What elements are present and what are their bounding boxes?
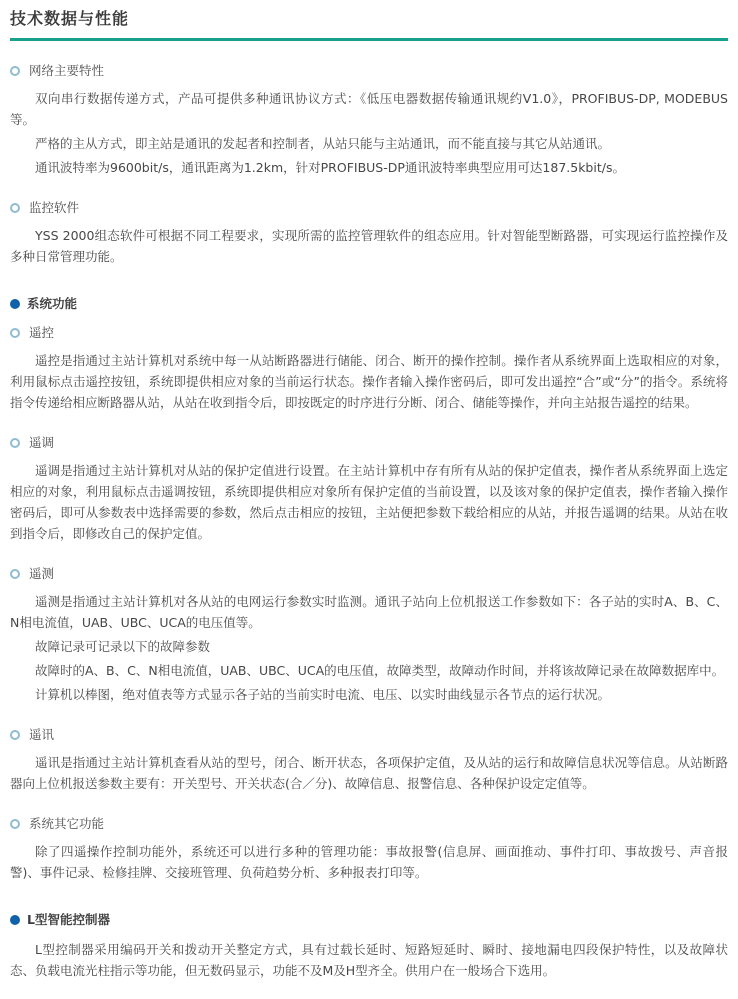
section-system-functions: 系统功能 <box>10 295 728 313</box>
section-heading: 遥控 <box>10 324 728 342</box>
section-heading-label: 网络主要特性 <box>29 62 104 80</box>
ring-circle-bullet-icon <box>10 66 20 76</box>
section-other-system-functions: 系统其它功能除了四遥操作控制功能外，系统还可以进行多种的管理功能：事故报警(信息… <box>10 815 728 883</box>
section-heading: 遥调 <box>10 434 728 452</box>
paragraph: 遥测是指通过主站计算机对各从站的电网运行参数实时监测。通讯子站向上位机报送工作参… <box>10 591 728 633</box>
paragraph: 遥控是指通过主站计算机对系统中每一从站断路器进行储能、闭合、断开的操作控制。操作… <box>10 350 728 413</box>
page-title: 技术数据与性能 <box>10 6 728 29</box>
ring-circle-bullet-icon <box>10 203 20 213</box>
section-heading: 遥讯 <box>10 726 728 744</box>
title-underline-rule <box>10 38 728 41</box>
ring-circle-bullet-icon <box>10 328 20 338</box>
ring-circle-bullet-icon <box>10 819 20 829</box>
paragraph: 遥讯是指通过主站计算机查看从站的型号，闭合、断开状态，各项保护定值，及从站的运行… <box>10 752 728 794</box>
section-heading-label: 系统功能 <box>27 295 77 313</box>
section-heading: 监控软件 <box>10 199 728 217</box>
filled-circle-bullet-icon <box>10 915 20 925</box>
paragraph: 遥调是指通过主站计算机对从站的保护定值进行设置。在主站计算机中存有所有从站的保护… <box>10 460 728 544</box>
section-network-features: 网络主要特性双向串行数据传递方式，产品可提供多种通讯协议方式：《低压电器数据传输… <box>10 62 728 178</box>
paragraph: 计算机以棒图，绝对值表等方式显示各子站的当前实时电流、电压、以实时曲线显示各节点… <box>10 684 728 705</box>
section-heading-label: 系统其它功能 <box>29 815 104 833</box>
paragraph: 通讯波特率为9600bit/s，通讯距离为1.2km，针对PROFIBUS-DP… <box>10 157 728 178</box>
section-heading-label: 遥控 <box>29 324 54 342</box>
filled-circle-bullet-icon <box>10 299 20 309</box>
section-heading-label: 监控软件 <box>29 199 79 217</box>
section-remote-adjustment: 遥调遥调是指通过主站计算机对从站的保护定值进行设置。在主站计算机中存有所有从站的… <box>10 434 728 544</box>
ring-circle-bullet-icon <box>10 730 20 740</box>
section-remote-control: 遥控遥控是指通过主站计算机对系统中每一从站断路器进行储能、闭合、断开的操作控制。… <box>10 324 728 413</box>
paragraph: 严格的主从方式，即主站是通讯的发起者和控制者，从站只能与主站通讯，而不能直接与其… <box>10 133 728 154</box>
section-l-type-controller: L型智能控制器L型控制器采用编码开关和拨动开关整定方式，具有过载长延时、短路短延… <box>10 911 728 981</box>
section-heading: 系统功能 <box>10 295 728 313</box>
section-heading: 网络主要特性 <box>10 62 728 80</box>
paragraph: L型控制器采用编码开关和拨动开关整定方式，具有过载长延时、短路短延时、瞬时、接地… <box>10 939 728 981</box>
paragraph: 故障时的A、B、C、N相电流值，UAB、UBC、UCA的电压值，故障类型，故障动… <box>10 660 728 681</box>
section-monitoring-software: 监控软件YSS 2000组态软件可根据不同工程要求，实现所需的监控管理软件的组态… <box>10 199 728 267</box>
section-heading: 系统其它功能 <box>10 815 728 833</box>
section-heading-label: 遥讯 <box>29 726 54 744</box>
section-heading-label: L型智能控制器 <box>27 911 110 929</box>
paragraph: 故障记录可记录以下的故障参数 <box>10 636 728 657</box>
sections-container: 网络主要特性双向串行数据传递方式，产品可提供多种通讯协议方式：《低压电器数据传输… <box>10 62 728 981</box>
ring-circle-bullet-icon <box>10 438 20 448</box>
paragraph: 除了四遥操作控制功能外，系统还可以进行多种的管理功能：事故报警(信息屏、画面推动… <box>10 841 728 883</box>
section-heading-label: 遥调 <box>29 434 54 452</box>
section-remote-measurement: 遥测遥测是指通过主站计算机对各从站的电网运行参数实时监测。通讯子站向上位机报送工… <box>10 565 728 705</box>
paragraph: 双向串行数据传递方式，产品可提供多种通讯协议方式：《低压电器数据传输通讯规约V1… <box>10 88 728 130</box>
section-heading: 遥测 <box>10 565 728 583</box>
ring-circle-bullet-icon <box>10 569 20 579</box>
paragraph: YSS 2000组态软件可根据不同工程要求，实现所需的监控管理软件的组态应用。针… <box>10 225 728 267</box>
section-heading-label: 遥测 <box>29 565 54 583</box>
section-remote-signaling: 遥讯遥讯是指通过主站计算机查看从站的型号，闭合、断开状态，各项保护定值，及从站的… <box>10 726 728 794</box>
document-page: 技术数据与性能 网络主要特性双向串行数据传递方式，产品可提供多种通讯协议方式：《… <box>0 0 738 999</box>
section-heading: L型智能控制器 <box>10 911 728 929</box>
